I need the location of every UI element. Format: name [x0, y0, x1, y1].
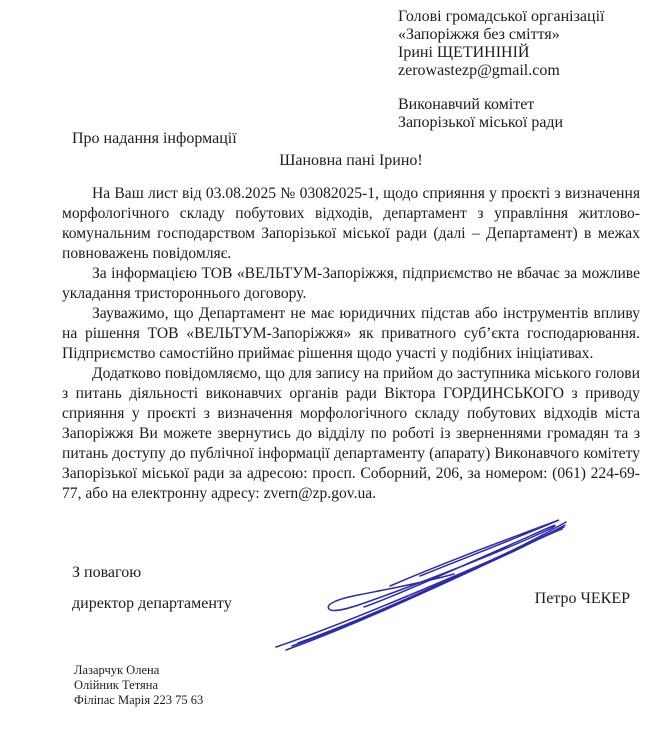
signer-name: Петро ЧЕКЕР: [535, 590, 630, 608]
body-paragraph: За інформацією ТОВ «ВЕЛЬТУМ-Запоріжжя, п…: [62, 264, 640, 304]
closing-regards: З повагою: [72, 564, 141, 582]
body-paragraph: Додатково повідомляємо, що для запису на…: [62, 364, 640, 504]
recipient-line: Виконавчий комітет: [398, 96, 648, 114]
recipient-email: zerowastezp@gmail.com: [398, 62, 648, 80]
signer-position: директор департаменту: [72, 595, 232, 613]
body-paragraph: Зауважимо, що Департамент не має юридичн…: [62, 304, 640, 364]
recipient-line: «Запоріжжя без сміття»: [398, 26, 648, 44]
body-paragraph: На Ваш лист від 03.08.2025 № 03082025-1,…: [62, 184, 640, 264]
executor-line: Олійник Тетяна: [74, 678, 203, 693]
letter-page: Голові громадської організації «Запоріжж…: [0, 0, 656, 738]
subject-line: Про надання інформації: [72, 130, 237, 148]
recipient-line: Ірині ЩЕТИНІНІЙ: [398, 44, 648, 62]
executors-block: Лазарчук Олена Олійник Тетяна Філіпас Ма…: [74, 663, 203, 708]
recipient-line: Голові громадської організації: [398, 8, 648, 26]
letter-body: На Ваш лист від 03.08.2025 № 03082025-1,…: [62, 184, 640, 504]
signature-image: [268, 514, 570, 656]
recipient-secondary-block: Виконавчий комітет Запорізької міської р…: [398, 96, 648, 132]
recipient-block: Голові громадської організації «Запоріжж…: [398, 8, 648, 132]
executor-line: Лазарчук Олена: [74, 663, 203, 678]
salutation: Шановна пані Ірино!: [62, 152, 640, 170]
executor-line: Філіпас Марія 223 75 63: [74, 693, 203, 708]
recipient-line: Запорізької міської ради: [398, 114, 648, 132]
